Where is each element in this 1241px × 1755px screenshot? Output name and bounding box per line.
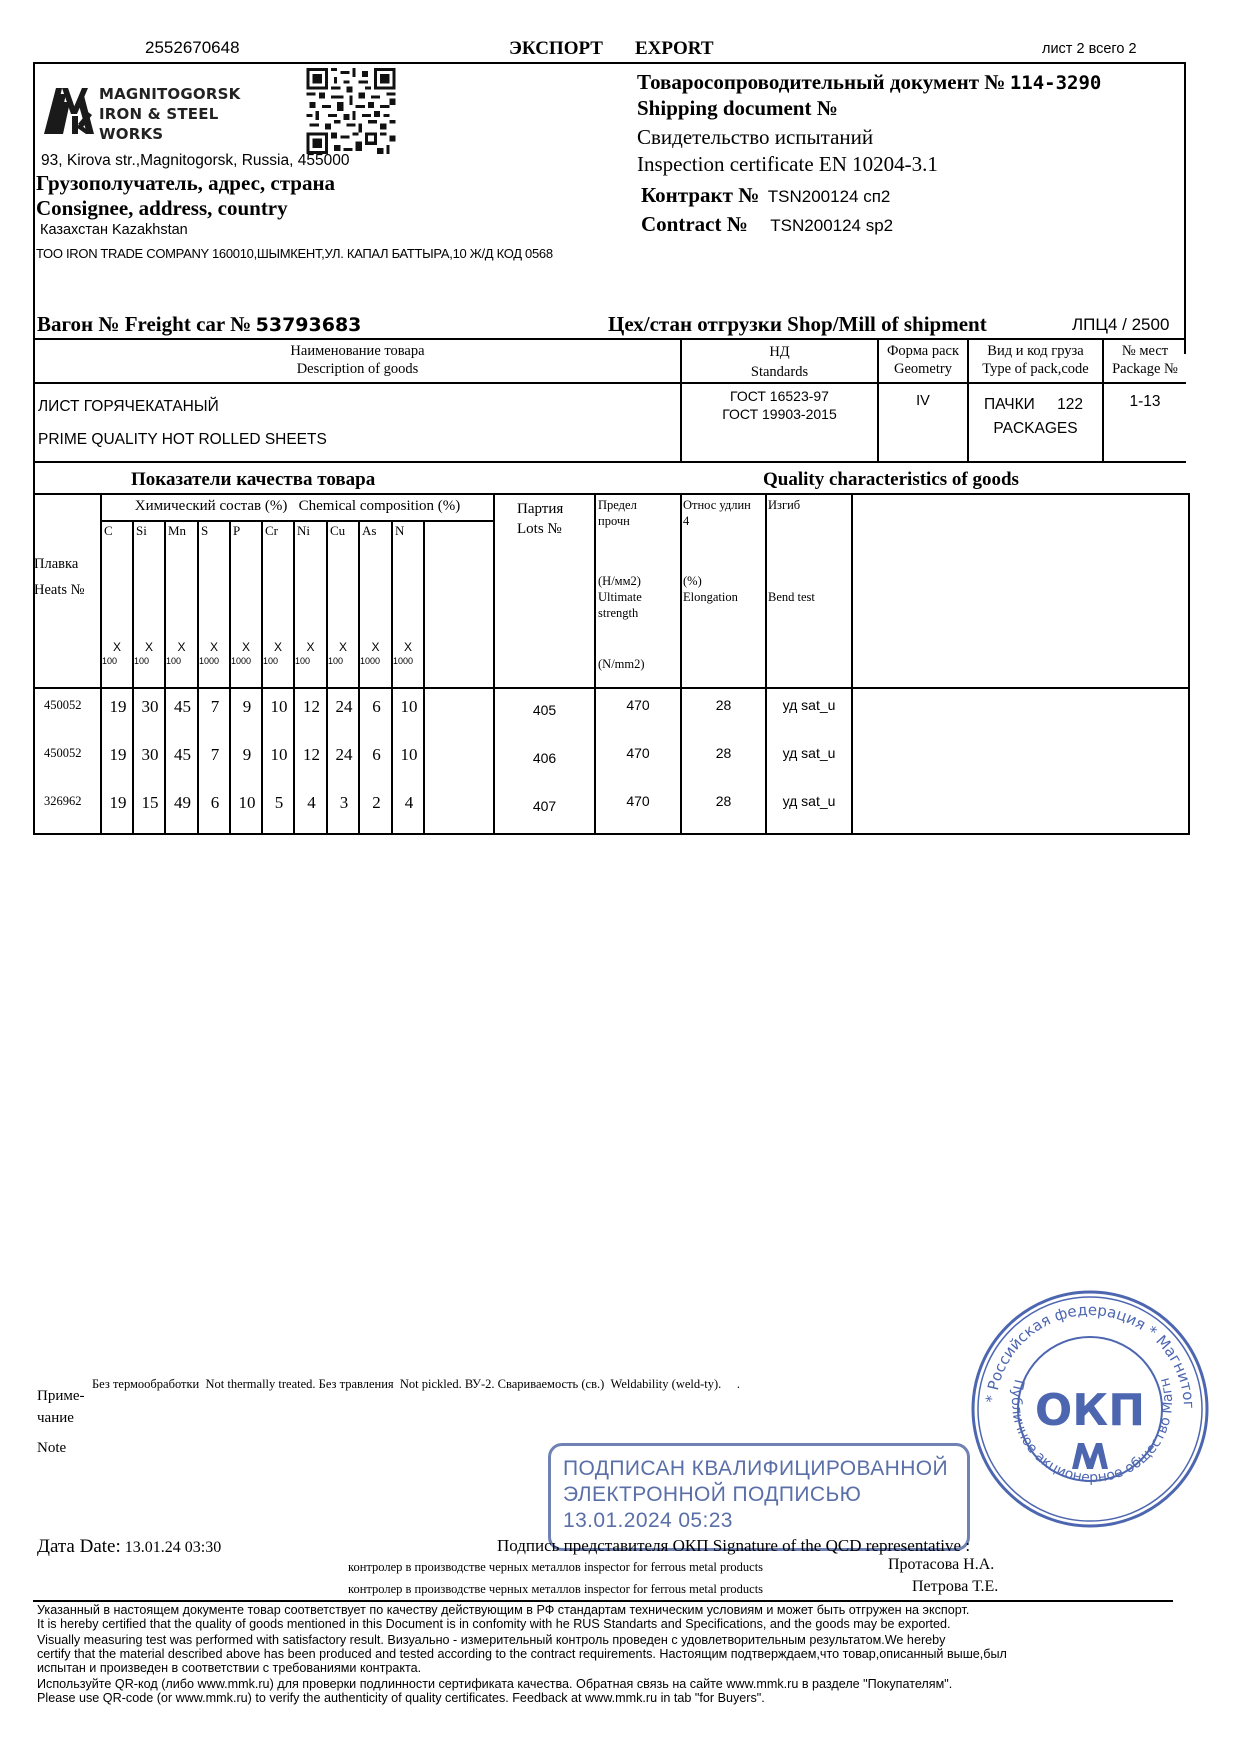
multiplier-value: 100 <box>263 654 293 668</box>
chem-value: 6 <box>360 745 393 765</box>
bend-label-en: Bend test <box>768 589 815 605</box>
chem-value: 10 <box>263 745 295 765</box>
elongation-gauge: 4 <box>683 513 751 529</box>
chem-col-divider <box>423 520 425 834</box>
lots-label-en: Lots № <box>517 519 563 539</box>
chem-value: 15 <box>134 793 166 813</box>
x-label: X <box>328 640 358 654</box>
inspector-role-2: контролер в производстве черных металлов… <box>348 1582 763 1597</box>
quality-table-top <box>33 493 1190 495</box>
chem-value: 7 <box>199 697 231 717</box>
goods-table-top <box>33 338 1186 340</box>
chem-value: 24 <box>328 745 360 765</box>
element-multiplier: X100 <box>328 640 358 668</box>
consignee-label-ru: Грузополучатель, адрес, страна <box>36 171 335 196</box>
chem-value: 4 <box>393 793 425 813</box>
mmk-logo-icon <box>42 84 100 136</box>
heats-label: Плавка Heats № <box>34 551 84 603</box>
chem-col-divider <box>132 520 134 834</box>
contract-en: Contract № TSN200124 sp2 <box>641 212 893 237</box>
chem-value: 2 <box>360 793 393 813</box>
chem-value: 30 <box>134 697 166 717</box>
note-label-ru-1: Приме- <box>37 1385 85 1407</box>
e-signature-datetime: 13.01.2024 05:23 <box>563 1508 967 1534</box>
elongation-value: 28 <box>682 793 765 809</box>
header-standards: НД Standards <box>682 342 877 382</box>
x-label: X <box>134 640 164 654</box>
pack-count: 122 <box>1057 396 1083 413</box>
goods-pack-unit: PACKAGES <box>969 420 1102 438</box>
consignee-country: Казахстан Kazakhstan <box>40 222 188 238</box>
header-pack-en: Type of pack,code <box>969 360 1102 378</box>
frame-top <box>33 62 1186 64</box>
note-label-ru-2: чание <box>37 1407 85 1429</box>
chem-composition-label: Химический состав (%) Chemical compositi… <box>102 498 493 515</box>
quality-title-ru: Показатели качества товара <box>131 469 375 491</box>
strength-value: 470 <box>596 697 680 713</box>
x-label: X <box>263 640 293 654</box>
multiplier-value: 100 <box>134 654 164 668</box>
bend-label-ru: Изгиб <box>768 497 815 513</box>
footer-line: Используйте QR-код (либо www.mmk.ru) для… <box>37 1677 1007 1691</box>
chem-value: 10 <box>393 697 425 717</box>
header-description-en: Description of goods <box>35 360 680 378</box>
note-text: Без термообработки Not thermally treated… <box>92 1377 740 1392</box>
chem-col-divider <box>293 520 295 834</box>
certificate-label-en: Inspection certificate EN 10204-3.1 <box>637 152 938 177</box>
elongation-value: 28 <box>682 745 765 761</box>
export-label-ru: ЭКСПОРТ <box>509 38 603 60</box>
chem-value: 19 <box>102 745 134 765</box>
element-multiplier: X1000 <box>231 640 261 668</box>
x-label: X <box>102 640 132 654</box>
quality-col-divider <box>493 493 495 835</box>
quality-col-divider <box>594 493 596 835</box>
chem-value: 10 <box>393 745 425 765</box>
x-label: X <box>295 640 326 654</box>
chem-value: 3 <box>328 793 360 813</box>
multiplier-value: 100 <box>102 654 132 668</box>
contract-label-en: Contract № <box>641 212 748 236</box>
elongation-unit: (%) <box>683 573 751 589</box>
sheet-counter: лист 2 всего 2 <box>1042 41 1137 57</box>
strength-label-en-2: strength <box>598 605 645 621</box>
heat-number: 326962 <box>44 794 82 809</box>
header-description: Наименование товара Description of goods <box>35 342 680 378</box>
pack-type: ПАЧКИ <box>984 396 1035 413</box>
element-symbol: As <box>362 523 376 539</box>
chem-value: 5 <box>263 793 295 813</box>
header-package-ru: № мест <box>1104 342 1186 360</box>
chem-value: 49 <box>166 793 199 813</box>
strength-unit-ru: (Н/мм2) <box>598 573 645 589</box>
element-multiplier: X100 <box>134 640 164 668</box>
goods-standards: ГОСТ 16523-97 ГОСТ 19903-2015 <box>682 387 877 423</box>
inspector-name-2: Петрова Т.Е. <box>912 1578 998 1596</box>
multiplier-value: 100 <box>166 654 197 668</box>
strength-value: 470 <box>596 793 680 809</box>
quality-table-bottom <box>33 833 1190 835</box>
chem-value: 9 <box>231 745 263 765</box>
strength-label: Предел прочн (Н/мм2) Ultimate strength (… <box>598 497 645 672</box>
footer-line: испытан и произведен в соответствии с тр… <box>37 1661 1007 1675</box>
header-package-no: № мест Package № <box>1104 342 1186 378</box>
chem-col-divider <box>391 520 393 834</box>
strength-label-en-1: Ultimate <box>598 589 645 605</box>
footer-divider <box>33 1600 1173 1602</box>
strength-unit-en: (N/mm2) <box>598 656 645 672</box>
quality-header-bottom <box>33 687 1190 689</box>
document-id: 2552670648 <box>145 38 240 58</box>
inspector-role-1: контролер в производстве черных металлов… <box>348 1560 763 1575</box>
e-signature-line-2: ЭЛЕКТРОННОЙ ПОДПИСЬЮ <box>563 1482 967 1508</box>
contract-label-ru: Контракт № <box>641 183 759 207</box>
elongation-label: Относ удлин 4 (%) Elongation <box>683 497 751 605</box>
heats-label-en: Heats № <box>34 577 84 603</box>
chem-value: 19 <box>102 697 134 717</box>
quality-col-divider <box>680 493 682 835</box>
frame-left <box>33 62 35 834</box>
strength-label-ru-2: прочн <box>598 513 645 529</box>
freight-car-number: 53793683 <box>256 314 362 336</box>
chem-value: 12 <box>295 697 328 717</box>
element-symbol: S <box>201 523 208 539</box>
element-symbol: C <box>104 523 113 539</box>
goods-pack-type: ПАЧКИ 122 <box>984 396 1083 414</box>
svg-text:ОКП: ОКП <box>1035 1385 1145 1436</box>
header-geometry-en: Geometry <box>879 360 967 378</box>
quality-title-en: Quality characteristics of goods <box>763 469 1019 491</box>
header-geometry: Форма раск Geometry <box>879 342 967 378</box>
contract-ru: Контракт № TSN200124 сп2 <box>641 183 890 208</box>
multiplier-value: 1000 <box>231 654 261 668</box>
header-description-ru: Наименование товара <box>35 342 680 360</box>
chem-col-divider <box>229 520 231 834</box>
logo-line-2: IRON & STEEL <box>99 104 240 124</box>
element-multiplier: X100 <box>102 640 132 668</box>
goods-table-bottom <box>33 461 1186 463</box>
note-label: Приме- чание <box>37 1385 85 1429</box>
lot-number: 405 <box>495 702 594 718</box>
shipping-doc-label-en: Shipping document № <box>637 96 838 121</box>
heat-number: 450052 <box>44 698 82 713</box>
heat-number: 450052 <box>44 746 82 761</box>
date-value: 13.01.24 03:30 <box>125 1539 221 1556</box>
elongation-label-ru: Относ удлин <box>683 497 751 513</box>
header-standards-ru: НД <box>682 342 877 362</box>
elongation-value: 28 <box>682 697 765 713</box>
chem-col-divider <box>164 520 166 834</box>
element-symbol: Ni <box>297 523 310 539</box>
qcd-signature-label: Подпись представителя ОКП Signature of t… <box>497 1536 970 1556</box>
frame-right-upper <box>1184 62 1186 354</box>
element-multiplier: X1000 <box>199 640 229 668</box>
x-label: X <box>199 640 229 654</box>
chem-value: 9 <box>231 697 263 717</box>
shop-mill-label: Цех/стан отгрузки Shop/Mill of shipment <box>608 312 987 337</box>
quality-col-divider <box>765 493 767 835</box>
header-standards-en: Standards <box>682 362 877 382</box>
freight-car: Вагон № Freight car № 53793683 <box>37 312 361 337</box>
goods-description-en: PRIME QUALITY HOT ROLLED SHEETS <box>38 431 327 449</box>
logo-line-3: WORKS <box>99 124 240 144</box>
goods-description-ru: ЛИСТ ГОРЯЧЕКАТАНЫЙ <box>38 398 219 416</box>
chem-header-divider <box>100 520 493 522</box>
chem-value: 30 <box>134 745 166 765</box>
freight-car-label: Вагон № Freight car № <box>37 312 251 336</box>
element-symbol: Cr <box>265 523 278 539</box>
element-multiplier: X1000 <box>393 640 423 668</box>
bend-test-value: уд sat_u <box>767 697 851 713</box>
company-address: 93, Kirova str.,Magnitogorsk, Russia, 45… <box>41 152 349 170</box>
chem-value: 12 <box>295 745 328 765</box>
chem-value: 4 <box>295 793 328 813</box>
element-multiplier: X100 <box>263 640 293 668</box>
shipping-doc-label-ru: Товаросопроводительный документ № <box>637 70 1005 94</box>
x-label: X <box>360 640 391 654</box>
footer-line: Указанный в настоящем документе товар со… <box>37 1603 1007 1617</box>
x-label: X <box>393 640 423 654</box>
chem-col-divider <box>197 520 199 834</box>
header-pack: Вид и код груза Type of pack,code <box>969 342 1102 378</box>
chem-value: 6 <box>360 697 393 717</box>
chem-value: 7 <box>199 745 231 765</box>
consignee-address: ТОО IRON TRADE COMPANY 160010,ШЫМКЕНТ,УЛ… <box>36 246 553 261</box>
chem-value: 45 <box>166 745 199 765</box>
chem-value: 24 <box>328 697 360 717</box>
element-multiplier: X100 <box>166 640 197 668</box>
lot-number: 406 <box>495 750 594 766</box>
consignee-label-en: Consignee, address, country <box>36 196 288 221</box>
element-symbol: P <box>233 523 240 539</box>
okp-seal-icon: * Российская федерация * Магнитогорск Пу… <box>968 1287 1212 1531</box>
inspector-name-1: Протасова Н.А. <box>888 1556 994 1574</box>
goods-standard-2: ГОСТ 19903-2015 <box>682 405 877 423</box>
header-package-en: Package № <box>1104 360 1186 378</box>
goods-package-no: 1-13 <box>1104 393 1186 411</box>
logo-line-1: MAGNITOGORSK <box>99 84 240 104</box>
bend-test-value: уд sat_u <box>767 793 851 809</box>
e-signature-line-1: ПОДПИСАН КВАЛИФИЦИРОВАННОЙ <box>563 1456 967 1482</box>
shipping-doc-title: Товаросопроводительный документ № 114-32… <box>637 70 1101 95</box>
quality-frame-right <box>1188 493 1190 835</box>
contract-value-ru: TSN200124 сп2 <box>768 187 891 206</box>
elongation-label-en: Elongation <box>683 589 751 605</box>
strength-label-ru-1: Предел <box>598 497 645 513</box>
element-symbol: Si <box>136 523 147 539</box>
quality-col-divider <box>851 493 853 835</box>
footer-line: Visually measuring test was performed wi… <box>37 1633 1007 1647</box>
chem-value: 45 <box>166 697 199 717</box>
goods-standard-1: ГОСТ 16523-97 <box>682 387 877 405</box>
element-symbol: Cu <box>330 523 345 539</box>
date-label: Дата Date: <box>37 1536 121 1557</box>
footer-line: Please use QR-code (or www.mmk.ru) to ve… <box>37 1691 1007 1705</box>
element-multiplier: X1000 <box>360 640 391 668</box>
lots-label-ru: Партия <box>517 499 563 519</box>
footer-line: It is hereby certified that the quality … <box>37 1617 1007 1631</box>
shop-mill-value: ЛПЦ4 / 2500 <box>1072 315 1169 335</box>
qr-code-icon[interactable] <box>306 68 396 154</box>
chem-col-divider <box>261 520 263 834</box>
x-label: X <box>231 640 261 654</box>
multiplier-value: 100 <box>295 654 326 668</box>
note-label-en: Note <box>37 1440 66 1457</box>
header-pack-ru: Вид и код груза <box>969 342 1102 360</box>
bend-label: Изгиб Bend test <box>768 497 815 605</box>
multiplier-value: 100 <box>328 654 358 668</box>
footer-certification: Указанный в настоящем документе товар со… <box>37 1603 1007 1705</box>
x-label: X <box>166 640 197 654</box>
chem-col-divider <box>326 520 328 834</box>
e-signature-stamp: ПОДПИСАН КВАЛИФИЦИРОВАННОЙ ЭЛЕКТРОННОЙ П… <box>548 1443 970 1551</box>
lot-number: 407 <box>495 798 594 814</box>
chem-value: 6 <box>199 793 231 813</box>
goods-table-header-bottom <box>33 382 1186 384</box>
date-row: Дата Date: 13.01.24 03:30 <box>37 1536 221 1558</box>
element-multiplier: X100 <box>295 640 326 668</box>
heats-label-ru: Плавка <box>34 551 84 577</box>
chem-value: 10 <box>263 697 295 717</box>
header-geometry-ru: Форма раск <box>879 342 967 360</box>
goods-geometry: IV <box>879 393 967 409</box>
multiplier-value: 1000 <box>199 654 229 668</box>
export-label-en: EXPORT <box>635 38 714 60</box>
chem-value: 10 <box>231 793 263 813</box>
multiplier-value: 1000 <box>360 654 391 668</box>
shipping-doc-number: 114-3290 <box>1010 72 1102 94</box>
contract-value-en: TSN200124 sp2 <box>770 216 893 235</box>
multiplier-value: 1000 <box>393 654 423 668</box>
strength-value: 470 <box>596 745 680 761</box>
chem-value: 19 <box>102 793 134 813</box>
element-symbol: Mn <box>168 523 186 539</box>
footer-line: certify that the material described abov… <box>37 1647 1007 1661</box>
company-logo-text: MAGNITOGORSK IRON & STEEL WORKS <box>99 84 240 144</box>
lots-label: Партия Lots № <box>517 499 563 539</box>
chem-col-divider <box>358 520 360 834</box>
certificate-label-ru: Свидетельство испытаний <box>637 125 873 150</box>
bend-test-value: уд sat_u <box>767 745 851 761</box>
element-symbol: N <box>395 523 404 539</box>
